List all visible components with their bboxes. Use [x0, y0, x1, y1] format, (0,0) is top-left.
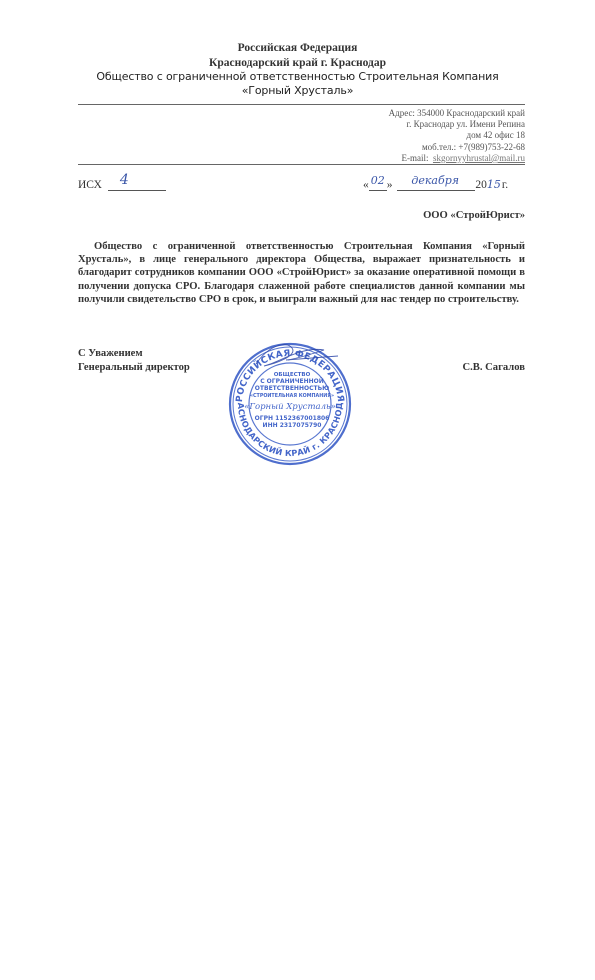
- signer-name: С.В. Сагалов: [462, 361, 525, 375]
- letterhead-company-type: Общество с ограниченной ответственностью…: [0, 70, 595, 83]
- date-year-prefix: 20: [475, 179, 487, 191]
- svg-text:ОГРН 1152367001806: ОГРН 1152367001806: [255, 415, 330, 422]
- outgoing-reference: ИСХ 4: [78, 176, 166, 191]
- svg-text:«СТРОИТЕЛЬНАЯ КОМПАНИЯ»: «СТРОИТЕЛЬНАЯ КОМПАНИЯ»: [250, 393, 334, 399]
- date-day: 02: [371, 174, 385, 187]
- address-line-1: Адрес: 354000 Краснодарский край: [389, 108, 525, 119]
- date-close-quote: »: [387, 179, 393, 191]
- reference-number: 4: [120, 172, 129, 188]
- recipient: ООО «СтройЮрист»: [423, 209, 525, 223]
- letter-date: «02» декабря2015г.: [363, 176, 508, 191]
- header-divider-bottom: [78, 164, 525, 165]
- address-line-3: дом 42 офис 18: [389, 130, 525, 141]
- svg-text:ИНН 2317075790: ИНН 2317075790: [263, 422, 322, 429]
- address-email-row: E-mail: skgornyyhrustal@mail.ru: [389, 153, 525, 164]
- address-line-2: г. Краснодар ул. Имени Репина: [389, 119, 525, 130]
- closing-regards: С Уважением: [78, 347, 190, 361]
- date-year-unit: г.: [502, 179, 508, 191]
- letterhead-region: Краснодарский край г. Краснодар: [0, 57, 595, 69]
- email-link[interactable]: skgornyyhrustal@mail.ru: [433, 153, 525, 163]
- signer-position: Генеральный директор: [78, 361, 190, 375]
- email-label: E-mail:: [401, 153, 428, 163]
- date-month-field: декабря: [397, 176, 475, 191]
- letterhead-company-name: «Горный Хрусталь»: [0, 84, 595, 97]
- reference-number-field: 4: [108, 176, 166, 191]
- seal-icon: РОССИЙСКАЯ ФЕДЕРАЦИЯ КРАСНОДАРСКИЙ КРАЙ …: [228, 342, 352, 466]
- svg-text:С ОГРАНИЧЕННОЙ: С ОГРАНИЧЕННОЙ: [260, 377, 324, 385]
- reference-label: ИСХ: [78, 179, 102, 191]
- date-month: декабря: [411, 174, 459, 187]
- header-divider-top: [78, 104, 525, 105]
- company-seal: РОССИЙСКАЯ ФЕДЕРАЦИЯ КРАСНОДАРСКИЙ КРАЙ …: [228, 342, 352, 466]
- address-phone: моб.тел.: +7(989)753-22-68: [389, 142, 525, 153]
- closing-block: С Уважением Генеральный директор: [78, 347, 190, 375]
- svg-text:ОТВЕТСТВЕННОСТЬЮ: ОТВЕТСТВЕННОСТЬЮ: [255, 385, 329, 392]
- svg-text:«Горный Хрусталь»: «Горный Хрусталь»: [244, 402, 336, 412]
- date-year-suffix: 15: [487, 178, 501, 191]
- address-block: Адрес: 354000 Краснодарский край г. Крас…: [389, 108, 525, 164]
- letterhead-country: Российская Федерация: [0, 42, 595, 54]
- date-day-field: 02: [369, 176, 387, 191]
- letter-body: Общество с ограниченной ответственностью…: [78, 240, 525, 306]
- svg-text:КРАСНОДАРСКИЙ КРАЙ г. КРАСНОДА: КРАСНОДАРСКИЙ КРАЙ г. КРАСНОДАР: [228, 342, 344, 458]
